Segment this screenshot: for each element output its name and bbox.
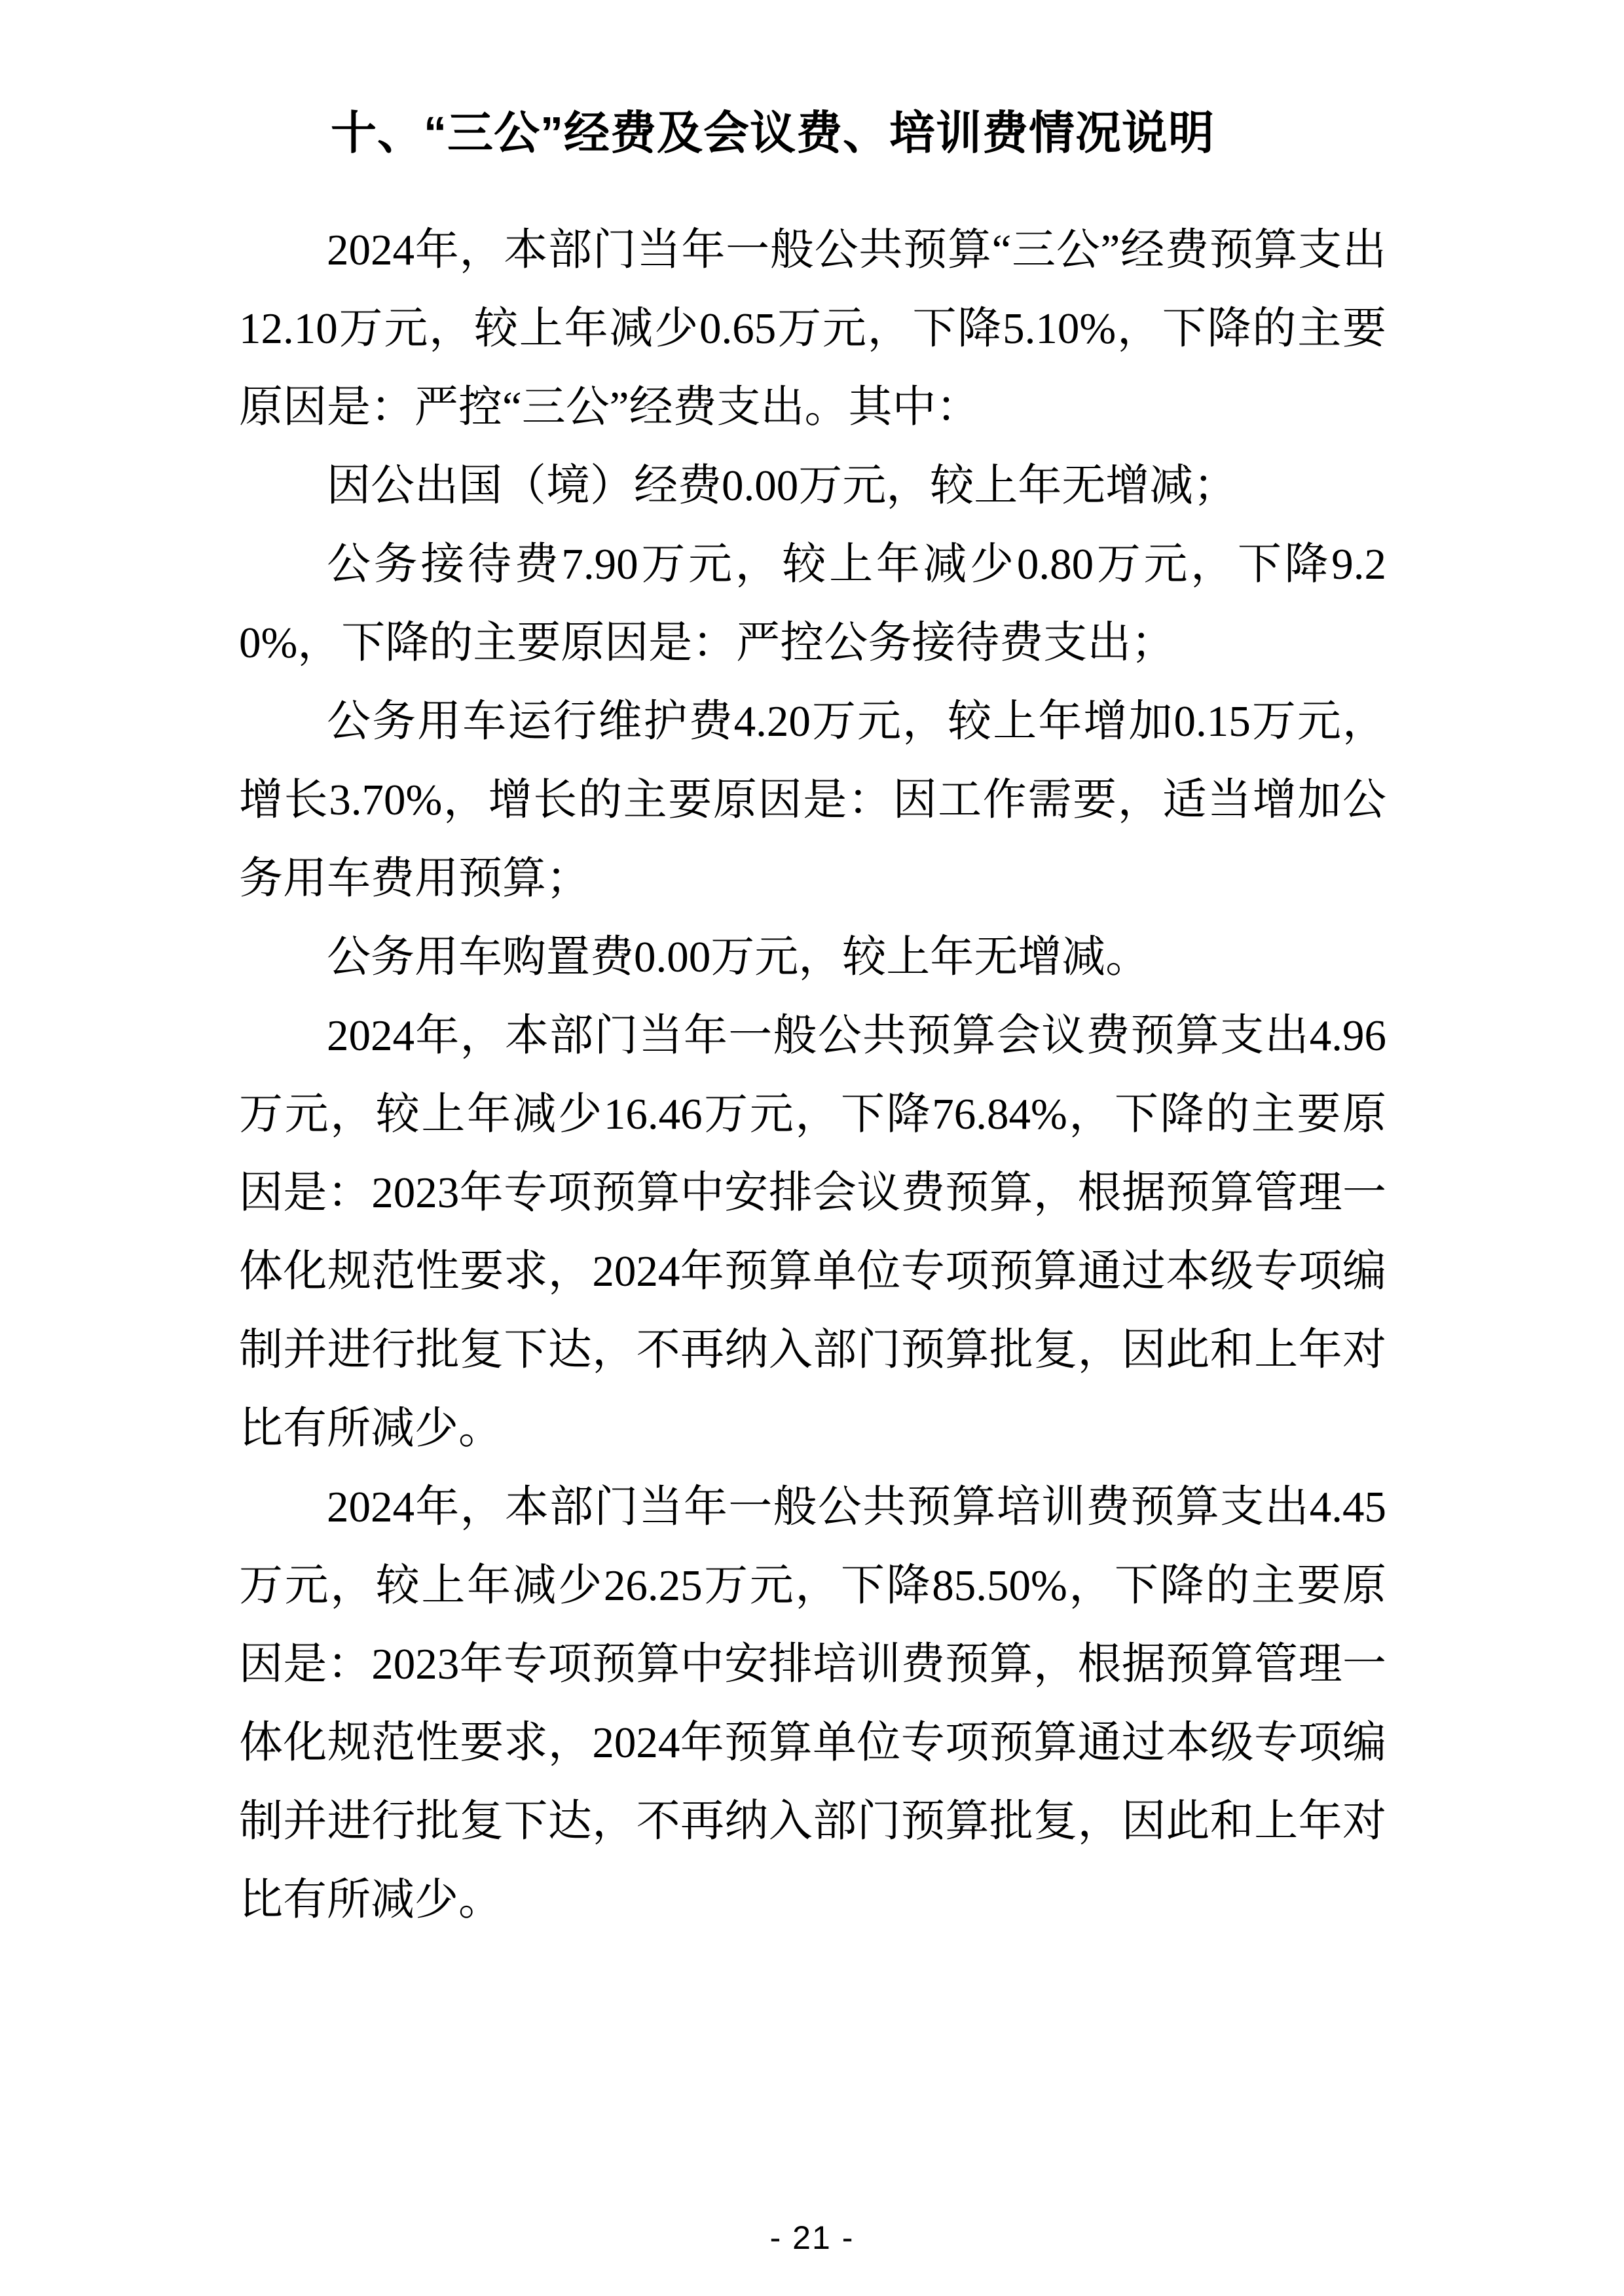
- paragraph: 因公出国（境）经费0.00万元，较上年无增减；: [239, 446, 1386, 525]
- body-text: 2024年，本部门当年一般公共预算“三公”经费预算支出12.10万元，较上年减少…: [239, 211, 1386, 1939]
- page-number: - 21 -: [0, 2218, 1624, 2257]
- paragraph: 2024年，本部门当年一般公共预算培训费预算支出4.45万元，较上年减少26.2…: [239, 1468, 1386, 1939]
- document-page: 十、“三公”经费及会议费、培训费情况说明 2024年，本部门当年一般公共预算“三…: [0, 0, 1624, 2296]
- section-title: 十、“三公”经费及会议费、培训费情况说明: [239, 100, 1386, 166]
- paragraph: 公务用车运行维护费4.20万元，较上年增加0.15万元，增长3.70%，增长的主…: [239, 682, 1386, 918]
- paragraph: 2024年，本部门当年一般公共预算会议费预算支出4.96万元，较上年减少16.4…: [239, 996, 1386, 1468]
- paragraph: 公务用车购置费0.00万元，较上年无增减。: [239, 918, 1386, 996]
- document-content: 十、“三公”经费及会议费、培训费情况说明 2024年，本部门当年一般公共预算“三…: [239, 100, 1386, 1939]
- paragraph: 2024年，本部门当年一般公共预算“三公”经费预算支出12.10万元，较上年减少…: [239, 211, 1386, 446]
- paragraph: 公务接待费7.90万元，较上年减少0.80万元，下降9.20%，下降的主要原因是…: [239, 525, 1386, 682]
